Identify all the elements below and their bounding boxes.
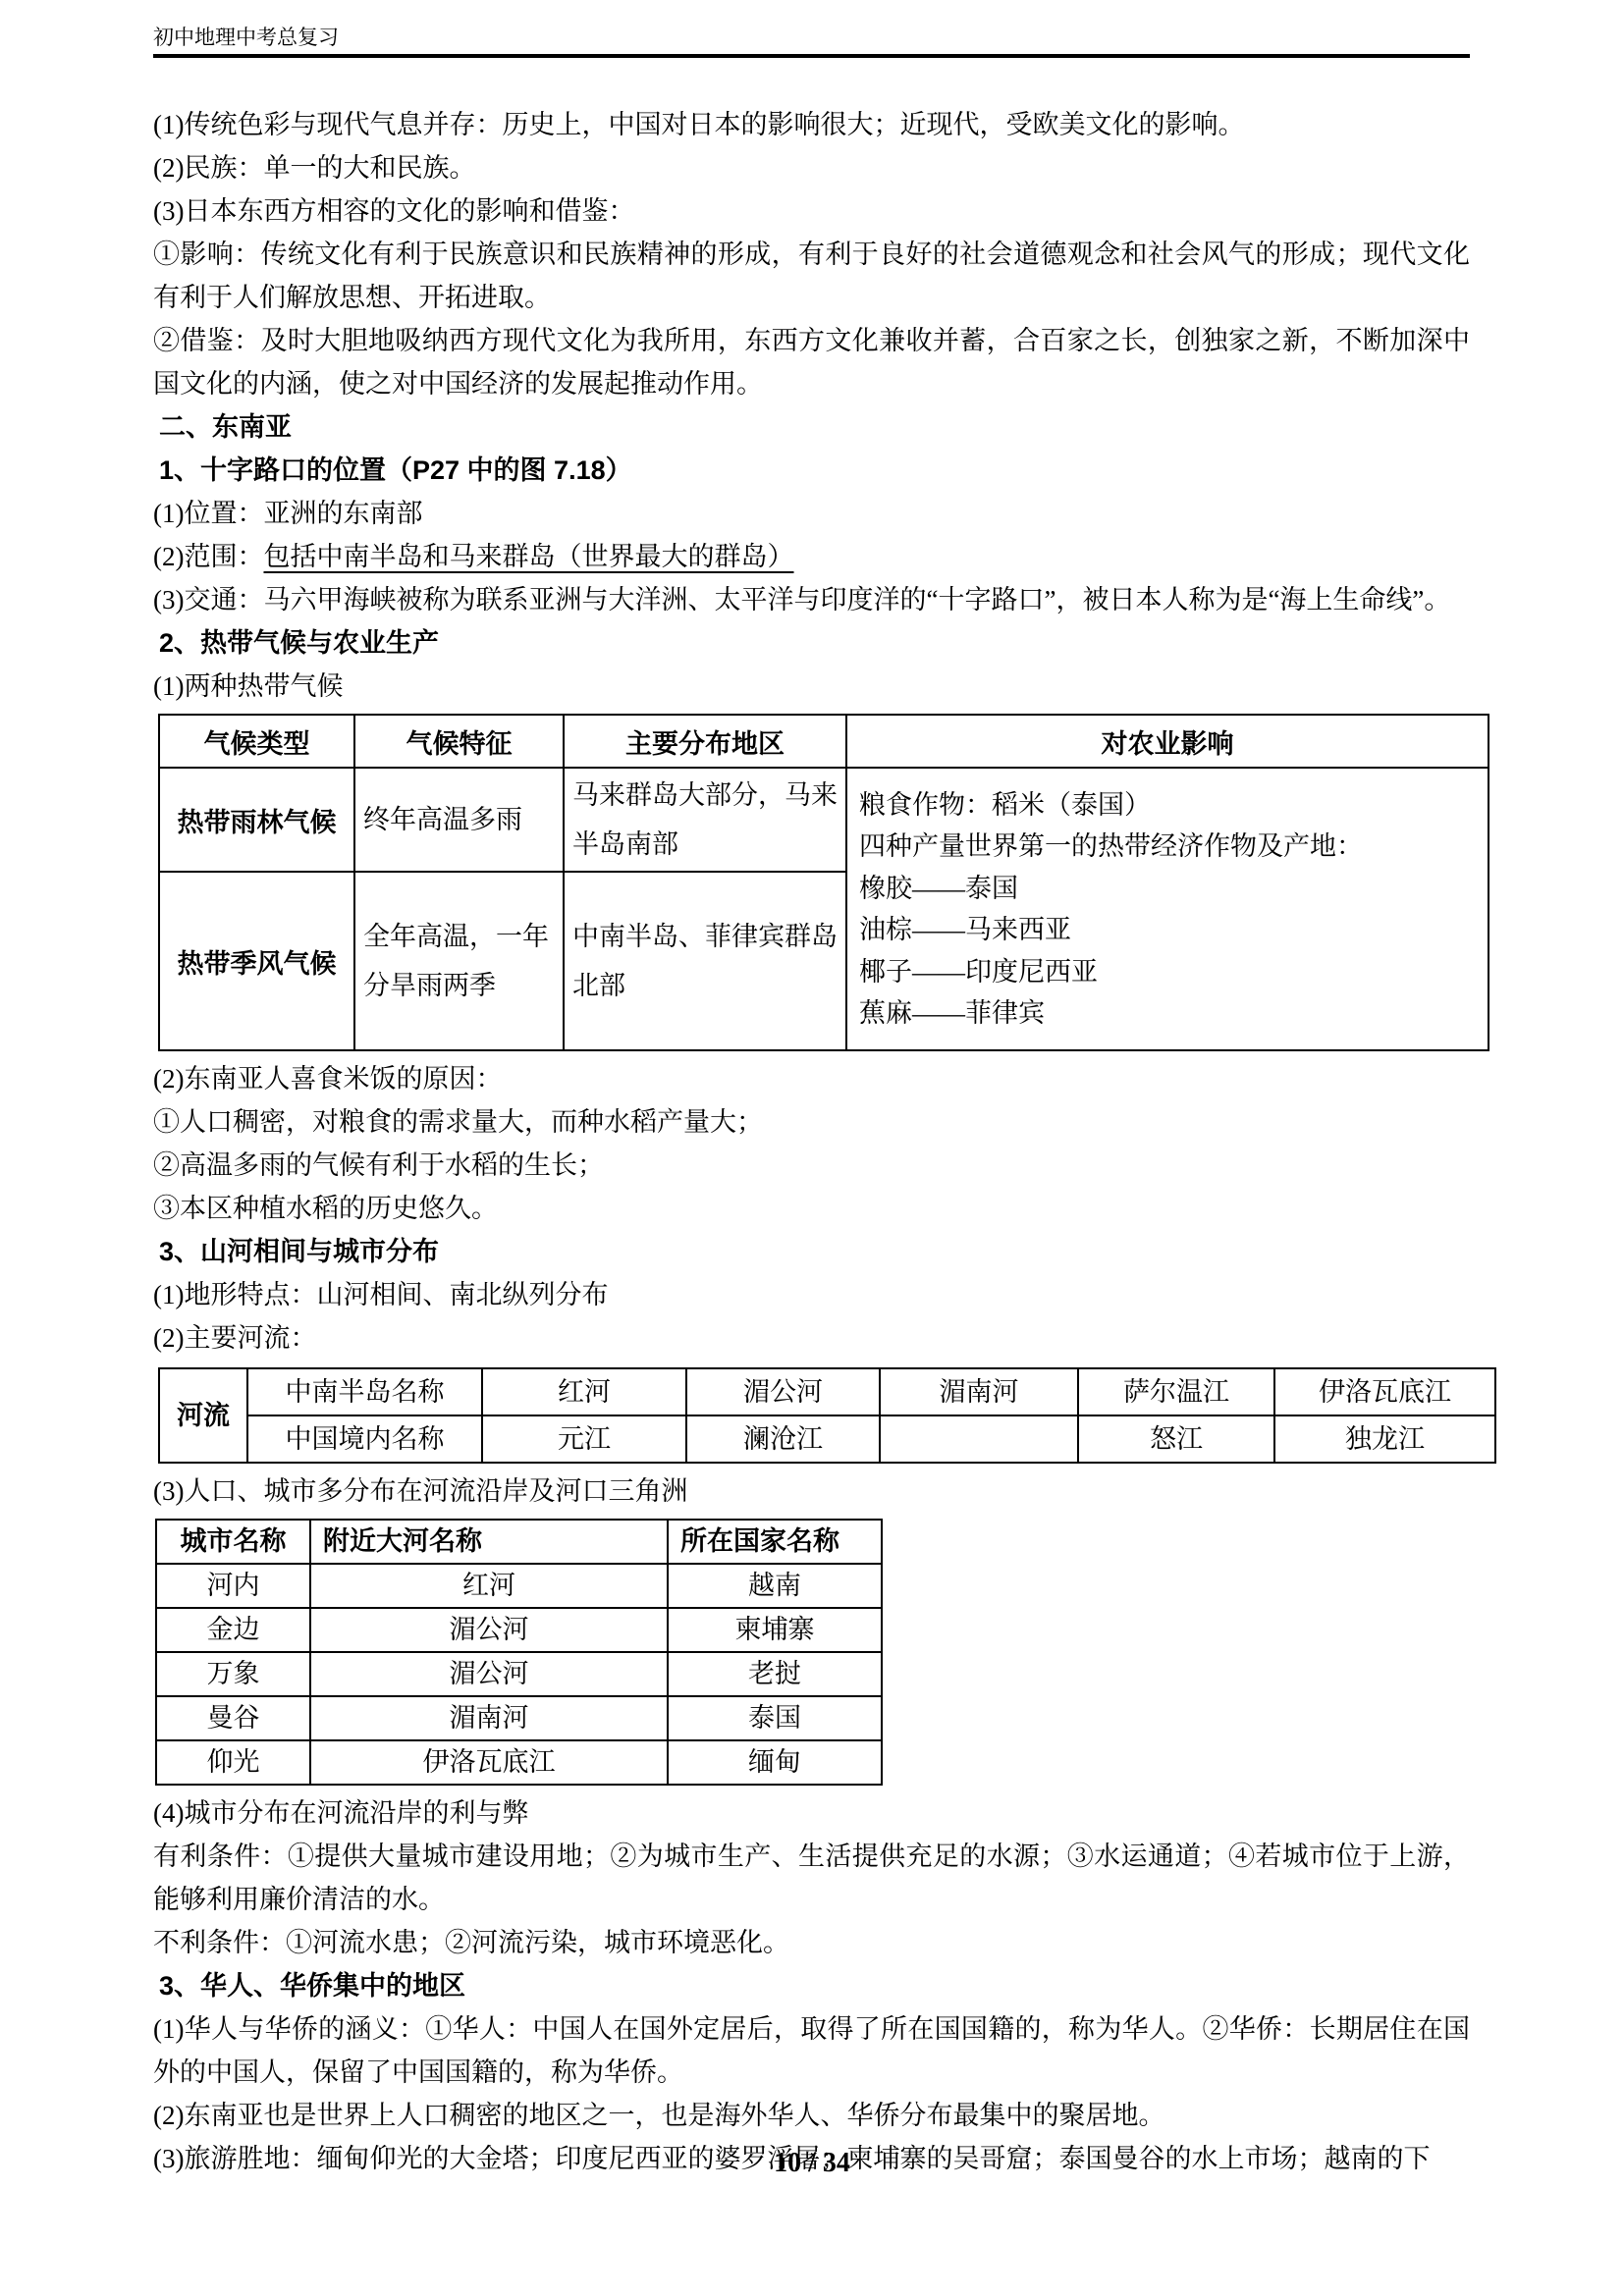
- table-cell: 伊洛瓦底江: [1274, 1368, 1495, 1415]
- table-header-cell: 对农业影响: [846, 715, 1489, 768]
- table-cell: 湄南河: [310, 1696, 668, 1740]
- document-body: (1)传统色彩与现代气息并存：历史上，中国对日本的影响很大；近现代，受欧美文化的…: [153, 58, 1470, 2180]
- table-cell: 元江: [482, 1415, 686, 1463]
- document-header: 初中地理中考总复习: [153, 0, 1470, 58]
- table-cell: 湄公河: [310, 1608, 668, 1652]
- table-cell: 红河: [310, 1564, 668, 1608]
- paragraph: (2)民族：单一的大和民族。: [153, 146, 1470, 189]
- table-row: 河内 红河 越南: [156, 1564, 882, 1608]
- section-heading: 3、山河相间与城市分布: [153, 1230, 1470, 1273]
- text-block-japan-and-sea-intro: (1)传统色彩与现代气息并存：历史上，中国对日本的影响很大；近现代，受欧美文化的…: [153, 103, 1470, 708]
- paragraph: 不利条件：①河流水患；②河流污染，城市环境恶化。: [153, 1921, 1470, 1964]
- document-page: 初中地理中考总复习 (1)传统色彩与现代气息并存：历史上，中国对日本的影响很大；…: [0, 0, 1624, 2296]
- table-row: 仰光 伊洛瓦底江 缅甸: [156, 1740, 882, 1785]
- table-row: 热带雨林气候 终年高温多雨 马来群岛大部分，马来半岛南部 粮食作物：稻米（泰国）…: [159, 768, 1489, 872]
- table-cell: 老挝: [668, 1652, 882, 1696]
- table-cell: 怒江: [1078, 1415, 1274, 1463]
- table-cell: 独龙江: [1274, 1415, 1495, 1463]
- paragraph: (3)日本东西方相容的文化的影响和借鉴：: [153, 189, 1470, 233]
- table-cell: 柬埔寨: [668, 1608, 882, 1652]
- paragraph: (1)地形特点：山河相间、南北纵列分布: [153, 1273, 1470, 1316]
- table-cell: 曼谷: [156, 1696, 310, 1740]
- table-cell: 萨尔温江: [1078, 1368, 1274, 1415]
- paragraph: (3)人口、城市多分布在河流沿岸及河口三角洲: [153, 1469, 1470, 1513]
- paragraph: (2)东南亚人喜食米饭的原因：: [153, 1057, 1470, 1100]
- paragraph: (3)交通：马六甲海峡被称为联系亚洲与大洋洲、太平洋与印度洋的“十字路口”，被日…: [153, 578, 1470, 621]
- underlined-text: 包括中南半岛和马来群岛（世界最大的群岛）: [263, 542, 793, 571]
- paragraph: ①影响：传统文化有利于民族意识和民族精神的形成，有利于良好的社会道德观念和社会风…: [153, 233, 1470, 319]
- header-title: 初中地理中考总复习: [153, 26, 339, 49]
- impact-line: 油棕——马来西亚: [859, 909, 1476, 951]
- climate-table: 气候类型 气候特征 主要分布地区 对农业影响 热带雨林气候 终年高温多雨 马来群…: [158, 714, 1489, 1051]
- table-cell: 金边: [156, 1608, 310, 1652]
- text-block-cities-note: (3)人口、城市多分布在河流沿岸及河口三角洲: [153, 1469, 1470, 1513]
- paragraph: ①人口稠密，对粮食的需求量大，而种水稻产量大；: [153, 1100, 1470, 1144]
- table-cell: 湄南河: [880, 1368, 1078, 1415]
- paragraph: (2)主要河流：: [153, 1316, 1470, 1360]
- table-header-cell: 气候特征: [354, 715, 564, 768]
- table-cell: 泰国: [668, 1696, 882, 1740]
- table-header-cell: 城市名称: [156, 1520, 310, 1564]
- section-heading: 2、热带气候与农业生产: [153, 621, 1470, 665]
- paragraph: (1)华人与华侨的涵义：①华人：中国人在国外定居后，取得了所在国国籍的，称为华人…: [153, 2007, 1470, 2094]
- table-cell: 全年高温，一年分旱雨两季: [354, 872, 564, 1050]
- table-row: 曼谷 湄南河 泰国: [156, 1696, 882, 1740]
- paragraph: (2)范围：包括中南半岛和马来群岛（世界最大的群岛）: [153, 535, 1470, 578]
- table-cell: 湄公河: [310, 1652, 668, 1696]
- paragraph: ③本区种植水稻的历史悠久。: [153, 1187, 1470, 1230]
- paragraph: (1)两种热带气候: [153, 665, 1470, 708]
- table-row: 金边 湄公河 柬埔寨: [156, 1608, 882, 1652]
- table-cell: 万象: [156, 1652, 310, 1696]
- table-cell: 热带季风气候: [159, 872, 354, 1050]
- table-cell: 越南: [668, 1564, 882, 1608]
- paragraph: (2)东南亚也是世界上人口稠密的地区之一，也是海外华人、华侨分布最集中的聚居地。: [153, 2094, 1470, 2137]
- rivers-table: 河流 中南半岛名称 红河 湄公河 湄南河 萨尔温江 伊洛瓦底江 中国境内名称 元…: [158, 1367, 1496, 1464]
- table-header-cell: 主要分布地区: [564, 715, 846, 768]
- table-header-cell: 气候类型: [159, 715, 354, 768]
- table-cell: 仰光: [156, 1740, 310, 1785]
- paragraph: ②借鉴：及时大胆地吸纳西方现代文化为我所用，东西方文化兼收并蓄，合百家之长，创独…: [153, 319, 1470, 405]
- section-heading: 1、十字路口的位置（P27 中的图 7.18）: [153, 449, 1470, 492]
- table-cell: 河内: [156, 1564, 310, 1608]
- table-row: 中国境内名称 元江 澜沧江 怒江 独龙江: [159, 1415, 1495, 1463]
- cities-table: 城市名称 附近大河名称 所在国家名称 河内 红河 越南 金边 湄公河 柬埔寨 万…: [155, 1519, 883, 1786]
- table-cell: 中南半岛、菲律宾群岛北部: [564, 872, 846, 1050]
- table-cell: 热带雨林气候: [159, 768, 354, 872]
- table-cell-rivers-label: 河流: [159, 1368, 247, 1463]
- table-cell: 湄公河: [686, 1368, 880, 1415]
- table-cell: 澜沧江: [686, 1415, 880, 1463]
- table-cell-agriculture-impact: 粮食作物：稻米（泰国） 四种产量世界第一的热带经济作物及产地： 橡胶——泰国 油…: [846, 768, 1489, 1050]
- impact-line: 四种产量世界第一的热带经济作物及产地：: [859, 826, 1476, 868]
- table-row: 河流 中南半岛名称 红河 湄公河 湄南河 萨尔温江 伊洛瓦底江: [159, 1368, 1495, 1415]
- impact-line: 蕉麻——菲律宾: [859, 992, 1476, 1035]
- text-block-rice-and-terrain: (2)东南亚人喜食米饭的原因：①人口稠密，对粮食的需求量大，而种水稻产量大；②高…: [153, 1057, 1470, 1360]
- table-header-cell: 所在国家名称: [668, 1520, 882, 1564]
- paragraph: (1)位置：亚洲的东南部: [153, 492, 1470, 535]
- table-cell: [880, 1415, 1078, 1463]
- impact-line: 橡胶——泰国: [859, 868, 1476, 910]
- table-header-cell: 附近大河名称: [310, 1520, 668, 1564]
- table-cell: 中南半岛名称: [247, 1368, 482, 1415]
- paragraph: 有利条件：①提供大量城市建设用地；②为城市生产、生活提供充足的水源；③水运通道；…: [153, 1835, 1470, 1921]
- table-cell: 缅甸: [668, 1740, 882, 1785]
- text-block-pros-cons-overseas-chinese: (4)城市分布在河流沿岸的利与弊有利条件：①提供大量城市建设用地；②为城市生产、…: [153, 1791, 1470, 2180]
- table-cell: 马来群岛大部分，马来半岛南部: [564, 768, 846, 872]
- table-cell: 红河: [482, 1368, 686, 1415]
- page-total: 34: [823, 2148, 850, 2178]
- table-cell: 伊洛瓦底江: [310, 1740, 668, 1785]
- table-row: 万象 湄公河 老挝: [156, 1652, 882, 1696]
- impact-line: 椰子——印度尼西亚: [859, 951, 1476, 993]
- table-header-row: 城市名称 附近大河名称 所在国家名称: [156, 1520, 882, 1564]
- paragraph: (4)城市分布在河流沿岸的利与弊: [153, 1791, 1470, 1835]
- table-header-row: 气候类型 气候特征 主要分布地区 对农业影响: [159, 715, 1489, 768]
- table-cell: 终年高温多雨: [354, 768, 564, 872]
- section-heading: 3、华人、华侨集中的地区: [153, 1964, 1470, 2007]
- paragraph: (1)传统色彩与现代气息并存：历史上，中国对日本的影响很大；近现代，受欧美文化的…: [153, 103, 1470, 146]
- table-cell: 中国境内名称: [247, 1415, 482, 1463]
- impact-line: 粮食作物：稻米（泰国）: [859, 784, 1476, 827]
- text-run: (2)范围：: [153, 542, 263, 571]
- page-separator: /: [801, 2148, 823, 2178]
- paragraph: ②高温多雨的气候有利于水稻的生长；: [153, 1144, 1470, 1187]
- page-current: 10: [774, 2148, 801, 2178]
- section-heading: 二、东南亚: [153, 405, 1470, 449]
- page-number: 10 / 34: [0, 2148, 1624, 2179]
